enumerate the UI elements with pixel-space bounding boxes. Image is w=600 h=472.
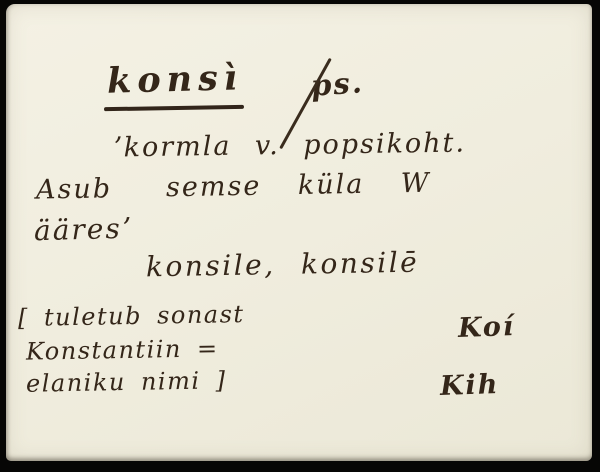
etymology-note-line-2: Konstantiin = xyxy=(26,336,219,363)
headword-text: konsì xyxy=(107,60,244,99)
gloss-line-2-word-asub: Asub xyxy=(36,175,112,203)
source-code-2: Kih xyxy=(440,371,500,400)
etymology-note-line-1: [ tuletub sonast xyxy=(18,302,245,330)
headword-underline xyxy=(104,105,244,111)
gloss-line-2-rest: semse küla W xyxy=(166,170,431,202)
scan-background: konsì ps. ʼkormla v. popsikoht. Asub sem… xyxy=(0,0,600,472)
etymology-note-line-3: elaniku nimi ] xyxy=(26,368,227,395)
inflection-forms: konsile, konsilē xyxy=(146,249,420,282)
gloss-line-3: ääresʼ xyxy=(34,215,133,246)
gloss-line-1: ʼkormla v. popsikoht. xyxy=(113,130,466,162)
index-card: konsì ps. ʼkormla v. popsikoht. Asub sem… xyxy=(6,4,592,461)
part-of-speech-abbr: ps. xyxy=(310,68,365,101)
source-code-1: Koí xyxy=(458,313,516,342)
